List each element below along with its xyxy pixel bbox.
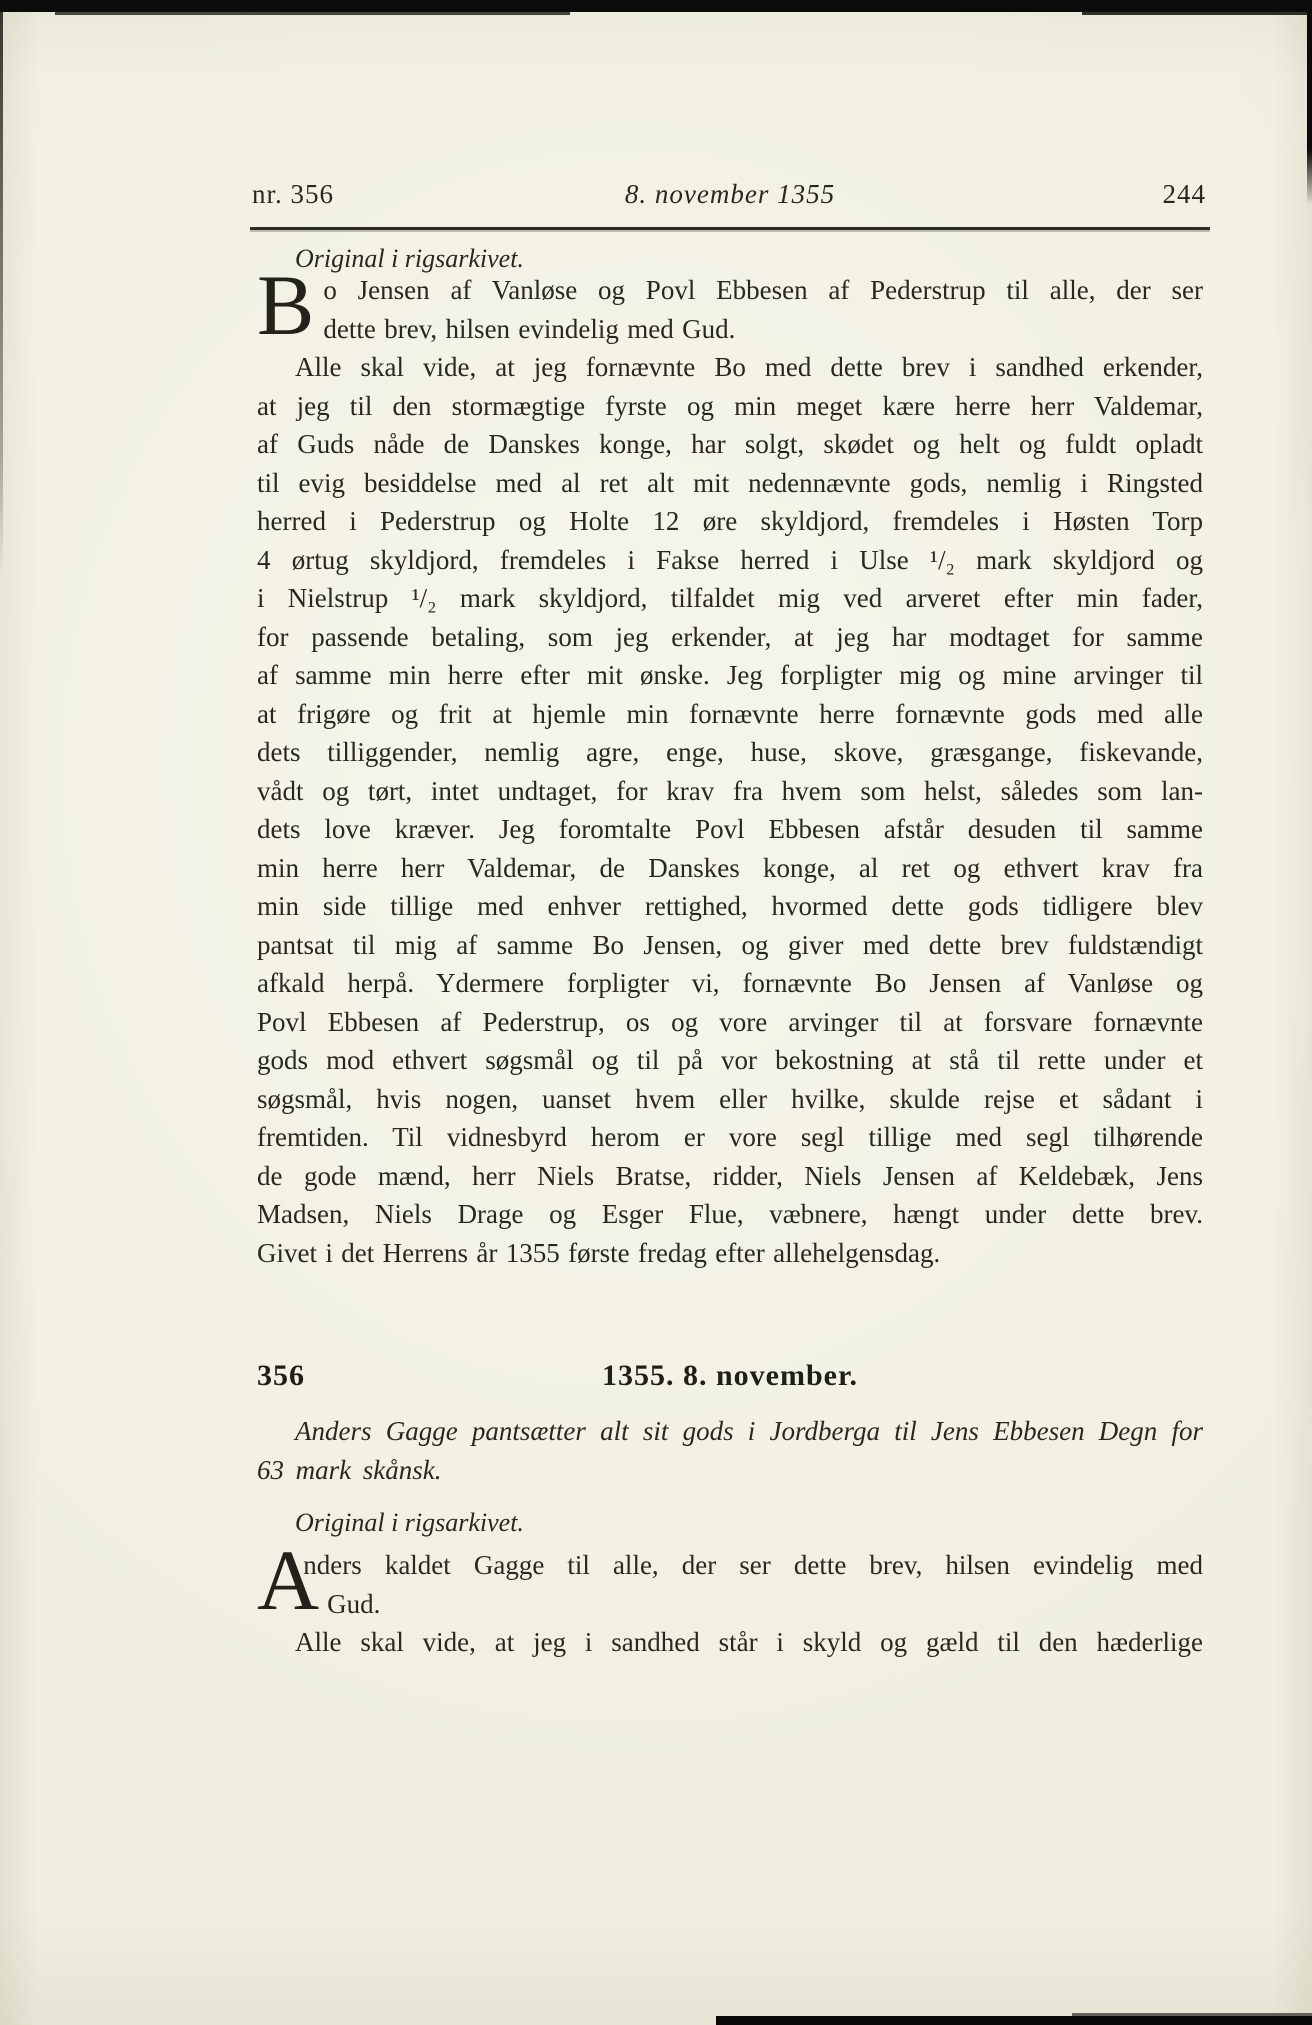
text-line: afkald herpå. Ydermere forpligter vi, fo… <box>257 964 1203 1003</box>
text-line: at jeg til den stormægtige fyrste og min… <box>257 387 1203 426</box>
text-line: Givet i det Herrens år 1355 første freda… <box>257 1234 1203 1273</box>
scan-top-bar-ragged-edge-right <box>1082 11 1312 15</box>
text-line: Alle skal vide, at jeg fornævnte Bo med … <box>257 348 1203 387</box>
text-line: min herre herr Valdemar, de Danskes kong… <box>257 849 1203 888</box>
text-line: Anders Gagge pantsætter alt sit gods i J… <box>257 1412 1203 1451</box>
doc2-number: 356 <box>257 1359 305 1393</box>
page-number: 244 <box>1163 178 1207 210</box>
text-line: Gud. <box>257 1585 1203 1624</box>
text-line: fremtiden. Til vidnesbyrd herom er vore … <box>257 1118 1203 1157</box>
source-note-doc1: Original i rigsarkivet. <box>257 244 1203 274</box>
scan-left-edge-line <box>0 12 3 572</box>
letter-text-doc1: B o Jensen af Vanløse og Povl Ebbesen af… <box>257 271 1203 1272</box>
text-line: dets love kræver. Jeg foromtalte Povl Eb… <box>257 810 1203 849</box>
header-rule <box>250 227 1210 230</box>
text-line: til evig besiddelse med al ret alt mit n… <box>257 464 1203 503</box>
doc2-heading: 356 1355. 8. november. <box>257 1359 1203 1397</box>
letter-text-doc2: A nders kaldet Gagge til alle, der ser d… <box>257 1546 1203 1662</box>
text-line: vådt og tørt, intet undtaget, for krav f… <box>257 772 1203 811</box>
text-line: dette brev, hilsen evindelig med Gud. <box>257 310 1203 349</box>
letter-doc2-paragraphs: nders kaldet Gagge til alle, der ser det… <box>257 1546 1203 1662</box>
text-line: min side tillige med enhver rettighed, h… <box>257 887 1203 926</box>
letter-doc1-paragraphs: o Jensen af Vanløse og Povl Ebbesen af P… <box>257 271 1203 1272</box>
text-line: nders kaldet Gagge til alle, der ser det… <box>257 1546 1203 1585</box>
text-line: at frigøre og frit at hjemle min fornævn… <box>257 695 1203 734</box>
text-line: for passende betaling, som jeg erkender,… <box>257 618 1203 657</box>
text-line: pantsat til mig af samme Bo Jensen, og g… <box>257 926 1203 965</box>
doc2-summary: Anders Gagge pantsætter alt sit gods i J… <box>257 1412 1203 1489</box>
scan-bottom-black-bar <box>716 2016 1312 2025</box>
drop-cap-b: B <box>257 271 314 348</box>
text-line: Alle skal vide, at jeg i sandhed står i … <box>257 1623 1203 1662</box>
scanned-book-page: nr. 356 8. november 1355 244 Original i … <box>0 0 1312 2025</box>
text-line: Madsen, Niels Drage og Esger Flue, væbne… <box>257 1195 1203 1234</box>
text-line: Povl Ebbesen af Pederstrup, os og vore a… <box>257 1003 1203 1042</box>
running-head-number: nr. 356 <box>252 178 334 210</box>
running-head: nr. 356 8. november 1355 244 <box>250 178 1210 212</box>
doc2-date-heading: 1355. 8. november. <box>602 1359 858 1393</box>
text-line: søgsmål, hvis nogen, uanset hvem eller h… <box>257 1080 1203 1119</box>
text-line: herred i Pederstrup og Holte 12 øre skyl… <box>257 502 1203 541</box>
text-line: 63 mark skånsk. <box>257 1451 1203 1490</box>
text-line: dets tilliggender, nemlig agre, enge, hu… <box>257 733 1203 772</box>
scan-top-bar-ragged-edge-left <box>55 12 570 15</box>
running-head-date: 8. november 1355 <box>625 178 835 210</box>
text-line: af Guds nåde de Danskes konge, har solgt… <box>257 425 1203 464</box>
text-line: 4 ørtug skyldjord, fremdeles i Fakse her… <box>257 541 1203 580</box>
text-line: i Nielstrup ¹/₂ mark skyldjord, tilfalde… <box>257 579 1203 618</box>
text-line: o Jensen af Vanløse og Povl Ebbesen af P… <box>257 271 1203 310</box>
scan-right-edge-strip <box>1307 0 1312 205</box>
source-note-doc2: Original i rigsarkivet. <box>257 1508 1203 1538</box>
text-line: gods mod ethvert søgsmål og til på vor b… <box>257 1041 1203 1080</box>
text-line: de gode mænd, herr Niels Bratse, ridder,… <box>257 1157 1203 1196</box>
text-line: af samme min herre efter mit ønske. Jeg … <box>257 656 1203 695</box>
